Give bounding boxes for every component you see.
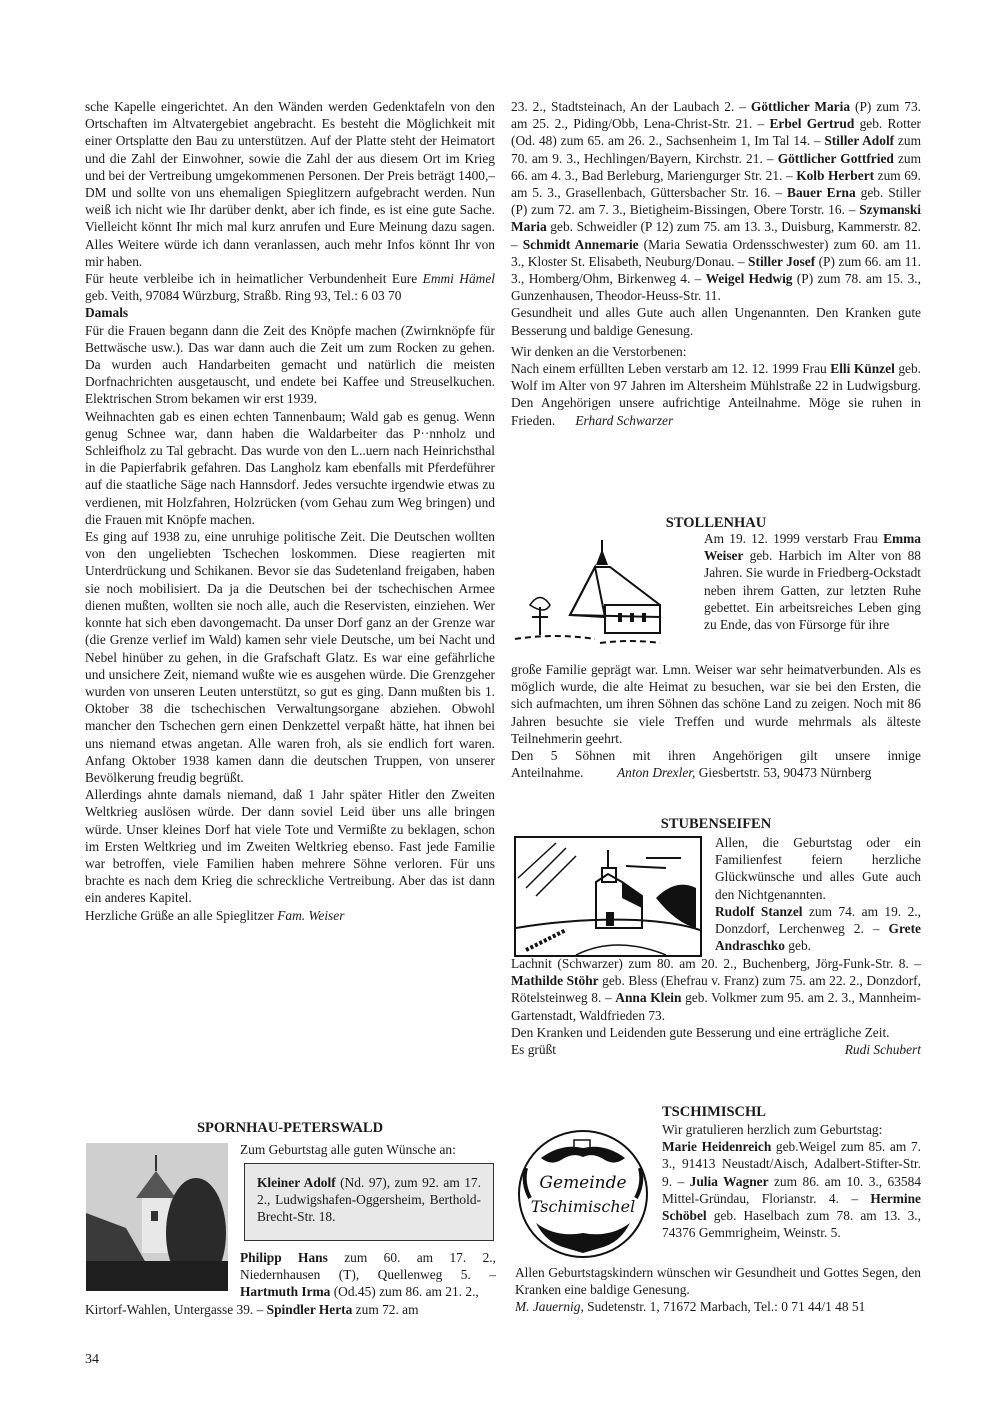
- birthday-list-continued: 23. 2., Stadtsteinach, An der Laubach 2.…: [511, 98, 921, 304]
- birthday-entries-sporn: Philipp Hans zum 60. am 17. 2., Niedernh…: [240, 1249, 496, 1301]
- birthday-entries-sporn-cont: Kirtorf-Wahlen, Untergasse 39. – Spindle…: [85, 1301, 495, 1318]
- damals-paragraph-4: Allerdings ahnte damals niemand, daß 1 J…: [85, 786, 495, 906]
- stollenhau-obituary-cont: große Familie geprägt war. Lmn. Weiser w…: [511, 661, 921, 781]
- church-sketch-icon: [516, 838, 700, 955]
- obituary-signature: Erhard Schwarzer: [575, 413, 673, 428]
- section-title-stubenseifen: STUBENSEIFEN: [511, 816, 921, 833]
- section-title-spornhau: SPORNHAU-PETERSWALD: [85, 1120, 495, 1137]
- stubenseifen-signature-row: Es grüßt Rudi Schubert: [511, 1041, 921, 1058]
- stollenhau-signature: Anton Drexler,: [617, 765, 695, 780]
- stubenseifen-signature: Rudi Schubert: [845, 1041, 921, 1058]
- damals-paragraph-3: Es ging auf 1938 zu, eine unruhige polit…: [85, 528, 495, 786]
- signature-name: Emmi Hämel: [423, 271, 495, 286]
- municipal-seal-icon: Gemeinde Tschimischel: [516, 1128, 651, 1260]
- section-heading-damals: Damals: [85, 304, 495, 321]
- deceased-intro: Wir denken an die Verstorbenen:: [511, 343, 921, 360]
- tschimischl-closing: Allen Geburtstagskindern wünschen wir Ge…: [515, 1264, 921, 1316]
- highlight-box: Kleiner Adolf (Nd. 97), zum 92. am 17. 2…: [244, 1163, 494, 1241]
- stubenseifen-entries-cont: Lachnit (Schwarzer) zum 80. am 20. 2., B…: [511, 955, 921, 1058]
- right-column: 23. 2., Stadtsteinach, An der Laubach 2.…: [511, 98, 921, 429]
- svg-text:Gemeinde: Gemeinde: [539, 1173, 626, 1193]
- stollenhau-obituary: Am 19. 12. 1999 verstarb Frau Emma Weise…: [704, 530, 921, 633]
- damals-paragraph-1: Für die Frauen begann dann die Zeit des …: [85, 322, 495, 408]
- obituary: Nach einem erfüllten Leben verstarb am 1…: [511, 360, 921, 429]
- stubenseifen-wishes: Allen, die Geburtstag oder ein Familienf…: [715, 834, 921, 954]
- section-title-tschimischl: TSCHIMISCHL: [662, 1104, 862, 1121]
- left-column: sche Kapelle eingerichtet. An den Wänden…: [85, 98, 495, 924]
- tschimischl-birthdays: Wir gratulieren herzlich zum Geburtstag:…: [662, 1121, 921, 1241]
- tschimischl-signature: M. Jauernig: [515, 1299, 580, 1314]
- damals-paragraph-2: Weihnachten gab es einen echten Tannenba…: [85, 408, 495, 528]
- church-photo-icon: [86, 1143, 228, 1291]
- svg-text:Tschimischel: Tschimischel: [531, 1197, 635, 1216]
- church-sketch: [514, 836, 702, 957]
- church-photo: [86, 1143, 228, 1291]
- greeting-line: Herzliche Grüße an alle Spieglitzer Fam.…: [85, 907, 495, 924]
- municipal-seal: Gemeinde Tschimischel: [516, 1128, 651, 1260]
- chapel-drawing-icon: [510, 535, 690, 647]
- health-wishes: Gesundheit und alles Gute auch allen Ung…: [511, 304, 921, 338]
- closing-line: Für heute verbleibe ich in heimatlicher …: [85, 270, 495, 304]
- intro-paragraph: sche Kapelle eingerichtet. An den Wänden…: [85, 98, 495, 270]
- condolence: Den 5 Söhnen mit ihren Angehörigen gilt …: [511, 747, 921, 781]
- page-number: 34: [85, 1352, 99, 1368]
- chapel-drawing: [510, 535, 690, 647]
- stubenseifen-sick-wishes: Den Kranken und Leidenden gute Besserung…: [511, 1024, 921, 1041]
- birthday-intro: Zum Geburtstag alle guten Wünsche an:: [240, 1141, 496, 1158]
